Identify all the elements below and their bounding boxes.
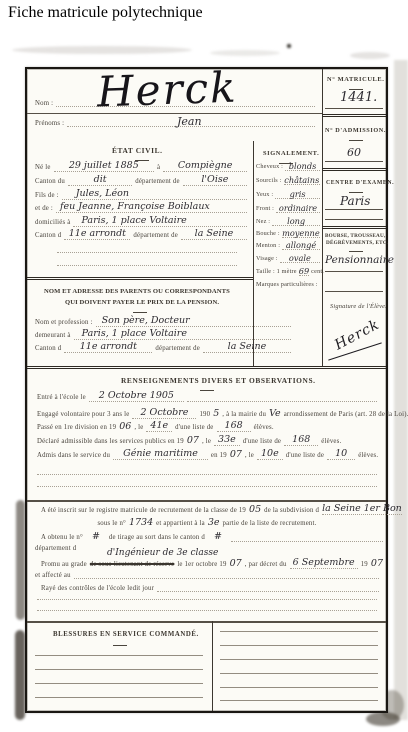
fils-value: Jules, Léon: [62, 189, 247, 200]
blank-line: [37, 486, 377, 487]
sig-value: moyenne: [282, 229, 320, 238]
promu-decret-date: 6 Septembre: [290, 558, 358, 569]
blank-line: [37, 599, 377, 600]
sous-label-3: partie de la liste de recrutement.: [223, 520, 317, 527]
parents-title-1: NOM ET ADRESSE DES PARENTS OU CORRESPOND…: [44, 288, 230, 295]
fils-label: Fils de :: [35, 192, 59, 199]
promu-year: 07: [230, 559, 242, 569]
renseignements-title: RENSEIGNEMENTS DIVERS ET OBSERVATIONS.: [121, 376, 316, 385]
blessures-right-line: [220, 700, 378, 701]
engage-arrondissement: Ve: [269, 409, 281, 419]
profession-value: Son père, Docteur: [96, 316, 291, 327]
recrutement-departement-label: département d: [35, 545, 76, 552]
sig-label: Sourcils :: [256, 178, 282, 185]
rule-fullwidth-double: [27, 366, 386, 369]
nom-handwritten: Herck: [96, 63, 238, 117]
blessures-right-line: [220, 645, 378, 646]
signature-label: Signature de l'Élève.: [330, 303, 387, 310]
ne-label: Né le: [35, 164, 51, 171]
parents-title-2: QUI DOIVENT PAYER LE PRIX DE LA PENSION.: [65, 299, 219, 306]
admissible-row: Déclaré admissible dans les services pub…: [37, 435, 381, 446]
admission-dash: [349, 140, 363, 141]
centre-examen-dash: [349, 192, 363, 193]
scan-noise: [287, 44, 291, 48]
entre-value: 2 Octobre 1905: [89, 391, 184, 402]
demeurant-label: demeurant à: [35, 332, 71, 339]
centre-underline-2: [325, 219, 383, 220]
engage-year: 5: [213, 409, 219, 419]
rule-recrutement: [27, 500, 386, 502]
entre-label: Entré à l'école le: [37, 394, 86, 401]
domicile-row: domiciliés à Paris, 1 place Voltaire: [35, 216, 247, 227]
centre-examen-label: CENTRE D'EXAMEN.: [326, 180, 394, 186]
prenoms-label: Prénoms :: [35, 120, 64, 127]
signalement-row: Nez :long: [256, 217, 320, 226]
signalement-row: Yeux :gris: [256, 190, 320, 199]
sig-label: Taille : 1 mètre: [256, 269, 297, 276]
centre-underline-1: [325, 209, 383, 210]
bourse-underline-2: [325, 291, 383, 292]
fils-row: Fils de : Jules, Léon: [35, 189, 247, 200]
engage-date: 2 Octobre: [132, 408, 196, 419]
passe-rank: 41e: [146, 421, 172, 432]
raye-ruled: [157, 584, 379, 592]
matricule-underline: [325, 108, 383, 109]
passe-total: 168: [217, 421, 251, 432]
admissible-label-1: Déclaré admissible dans les services pub…: [37, 438, 184, 445]
affecte-ruled: [74, 571, 379, 579]
signature-handwritten: Herck: [332, 317, 382, 354]
engage-row: Engagé volontaire pour 3 ans le 2 Octobr…: [37, 408, 381, 419]
page-title: Fiche matricule polytechnique: [8, 4, 203, 22]
blessures-dash: [113, 645, 127, 646]
inscrit-subdivision: la Seine 1er Bon: [322, 504, 402, 515]
prenoms-handwritten: Jean: [177, 116, 202, 127]
engage-label-4: arrondissement de Paris (art. 28 de la L…: [284, 411, 408, 418]
admission-label: N° D'ADMISSION.: [325, 127, 386, 134]
admis-total: 10: [327, 449, 355, 460]
bourse-dash: [349, 251, 363, 252]
sig-value: 69: [299, 267, 309, 276]
signalement-row: Marques particulières :: [256, 282, 320, 289]
raye-row: Rayé des contrôles de l'école ledit jour: [41, 584, 379, 592]
engage-label-1: Engagé volontaire pour 3 ans le: [37, 411, 129, 418]
centre-examen-value: Paris: [340, 195, 370, 207]
demeurant-row: demeurant à Paris, 1 place Voltaire: [35, 329, 291, 340]
promu-label-1: Promu au grade: [41, 561, 87, 568]
sig-value: long: [272, 217, 320, 226]
ne-a-label: à: [157, 164, 160, 171]
rule-left-double: [27, 277, 253, 280]
blessures-left-line: [35, 697, 203, 698]
tirage-label-2: de tirage au sort dans le canton d: [109, 534, 205, 541]
ne-lieu: Compiègne: [163, 161, 247, 172]
ne-row: Né le 29 juillet 1885 à Compiègne: [35, 161, 247, 172]
blank-line: [37, 610, 377, 611]
affecte-label: et affecté au: [35, 572, 71, 579]
profession-label: Nom et profession :: [35, 319, 93, 326]
etat-civil-title: ÉTAT CIVIL.: [112, 146, 163, 155]
prenoms-row: Prénoms :: [35, 119, 315, 127]
sig-value: gris: [275, 190, 320, 199]
tirage-ruled: [231, 534, 383, 542]
sous-label-2: et appartient à la: [156, 520, 205, 527]
engage-label-3: , à la mairie du: [222, 411, 266, 418]
admissible-label-2: , le: [202, 438, 211, 445]
blank-line: [57, 265, 237, 266]
departement2-label: département de: [133, 232, 178, 239]
canton2-value: 11e arrondt: [64, 229, 130, 240]
domicile-value: Paris, 1 place Voltaire: [73, 216, 247, 227]
tirage-null-mark: #: [86, 532, 106, 542]
centre-box-bottom: [322, 226, 386, 229]
canton1-label: Canton du: [35, 178, 65, 185]
departement1-label: département de: [135, 178, 180, 185]
sig-label: Visage :: [256, 256, 278, 263]
sig-suffix: cent.: [311, 269, 324, 276]
scan-noise: [350, 52, 390, 59]
passe-row: Passé en 1re division en 19 06 , le 41e …: [37, 421, 381, 432]
admis-rank: 10e: [257, 449, 283, 460]
signalement-row: Menton :allongé: [256, 241, 320, 250]
page: Fiche matricule polytechnique Nom : Herc…: [0, 0, 408, 732]
parents-departement-label: département de: [155, 345, 200, 352]
signalement-row: Bouche :moyenne: [256, 229, 320, 238]
bourse-underline-1: [325, 271, 383, 272]
blank-line: [37, 474, 377, 475]
canton2-label: Canton d: [35, 232, 61, 239]
sig-value: blonds: [285, 162, 320, 171]
admissible-year: 07: [187, 436, 199, 446]
domicile-label: domiciliés à: [35, 219, 70, 226]
admis-row: Admis dans le service du Génie maritime …: [37, 449, 381, 460]
parents-departement-value: la Seine: [203, 342, 291, 353]
blessures-right-line: [220, 673, 378, 674]
matricule-value: 1441.: [340, 91, 377, 104]
entre-row: Entré à l'école le 2 Octobre 1905: [37, 391, 377, 402]
sig-label: Yeux :: [256, 192, 273, 199]
promu-label-3: , par décret du: [245, 561, 287, 568]
sig-label: Cheveux :: [256, 164, 283, 171]
sig-label: Bouche :: [256, 231, 280, 238]
signalement-row: Taille : 1 mètre69cent.: [256, 267, 320, 276]
inscrit-label-2: de la subdivision d: [264, 507, 319, 514]
inscrit-label-1: A été inscrit sur le registre matricule …: [41, 507, 246, 514]
ne-date: 29 juillet 1885: [54, 161, 155, 172]
admis-label-2: en 19: [211, 452, 227, 459]
raye-label: Rayé des contrôles de l'école ledit jour: [41, 585, 154, 592]
divider-blessures: [212, 621, 213, 711]
admissible-rank: 33e: [214, 435, 240, 446]
scan-noise: [16, 500, 25, 620]
parents-dash: [133, 312, 147, 313]
sig-label: Front :: [256, 206, 274, 213]
affecte-row: et affecté au: [35, 571, 379, 579]
blessures-left-line: [35, 683, 203, 684]
matricule-label: N° MATRICULE.: [327, 76, 384, 83]
scan-noise: [12, 46, 192, 54]
inscrit-row: A été inscrit sur le registre matricule …: [41, 504, 383, 515]
admission-value: 60: [347, 147, 361, 158]
engage-label-2: 190: [199, 411, 210, 418]
parents-canton-value: 11e arrondt: [64, 342, 152, 353]
tirage-row: A obtenu le n° # de tirage au sort dans …: [41, 532, 383, 542]
scan-noise: [394, 60, 408, 720]
departement1-value: l'Oise: [183, 175, 247, 186]
passe-label-4: élèves.: [254, 424, 274, 431]
admission-box-bottom: [322, 168, 386, 171]
promu-label-2: le 1er octobre 19: [177, 561, 226, 568]
promu-decret-year: 07: [371, 559, 383, 569]
bourse-value: Pensionnaire: [325, 255, 394, 266]
sig-label: Marques particulières :: [256, 282, 318, 289]
matricule-box-bottom: [322, 114, 386, 117]
sous-label-1: sous le n°: [97, 520, 126, 527]
departement2-value: la Seine: [181, 229, 247, 240]
admis-year: 07: [230, 450, 242, 460]
passe-label-2: , le: [134, 424, 143, 431]
signalement-row: Sourcils :châtains: [256, 176, 320, 185]
admis-label-1: Admis dans le service du: [37, 452, 110, 459]
sig-value: châtains: [284, 176, 320, 185]
tirage-canton-null-mark: #: [208, 532, 228, 542]
sous-row: sous le n° 1734 et appartient à la 3e pa…: [67, 518, 347, 528]
passe-label-1: Passé en 1re division en 19: [37, 424, 116, 431]
etde-value: feu Jeanne, Françoise Boiblaux: [56, 202, 247, 213]
demeurant-value: Paris, 1 place Voltaire: [74, 329, 291, 340]
sig-label: Nez :: [256, 219, 270, 226]
passe-label-3: d'une liste de: [175, 424, 213, 431]
bourse-label-line2: DÉGRÈVEMENTS, ETC.: [326, 240, 388, 246]
bourse-label-line1: BOURSE, TROUSSEAU,: [325, 233, 385, 239]
admis-service: Génie maritime: [113, 449, 208, 460]
fiche-form: Nom : Herck Prénoms : Jean N° MATRICULE.…: [25, 67, 388, 713]
promu-row: Promu au grade de sous-lieutenant de rés…: [41, 558, 383, 569]
blessures-left-line: [35, 669, 203, 670]
signalement-row: Visage :ovale: [256, 254, 320, 263]
etde-row: et de : feu Jeanne, Françoise Boiblaux: [35, 202, 247, 213]
promu-label-4: 19: [361, 561, 368, 568]
admis-label-5: élèves.: [358, 452, 378, 459]
sous-partie: 3e: [208, 518, 220, 528]
signalement-row: Cheveux :blonds: [256, 162, 320, 171]
rule-blessures-top: [27, 621, 386, 623]
signalement-title: SIGNALEMENT.: [263, 150, 319, 157]
blessures-title: BLESSURES EN SERVICE COMMANDÉ.: [53, 631, 199, 638]
admis-label-3: , le: [245, 452, 254, 459]
admissible-total: 168: [284, 435, 318, 446]
entre-ruled: [187, 394, 377, 402]
blank-line: [57, 252, 237, 253]
scan-noise: [15, 630, 25, 720]
blessures-right-line: [220, 631, 378, 632]
scan-noise: [210, 50, 280, 56]
etde-label: et de :: [35, 205, 53, 212]
canton2-row: Canton d 11e arrondt département de la S…: [35, 229, 247, 240]
admis-label-4: d'une liste de: [286, 452, 324, 459]
admissible-label-4: élèves.: [321, 438, 341, 445]
sig-value: allongé: [282, 241, 320, 250]
sig-value: ovale: [280, 254, 320, 263]
canton1-value: dit: [68, 175, 132, 186]
nom-label: Nom :: [35, 100, 53, 107]
blessures-left-line: [35, 655, 203, 656]
parents-canton-label: Canton d: [35, 345, 61, 352]
sous-numero: 1734: [129, 518, 153, 528]
signalement-row: Front :ordinaire: [256, 204, 320, 213]
admission-underline: [325, 161, 383, 162]
inscrit-classe: 05: [249, 505, 261, 515]
parents-canton-row: Canton d 11e arrondt département de la S…: [35, 342, 291, 353]
promu-struck-grade: de sous-lieutenant de réserve: [90, 561, 175, 568]
blessures-right-line: [220, 659, 378, 660]
admissible-label-3: d'une liste de: [243, 438, 281, 445]
sig-label: Menton :: [256, 243, 280, 250]
tirage-label-1: A obtenu le n°: [41, 534, 83, 541]
profession-row: Nom et profession : Son père, Docteur: [35, 316, 291, 327]
promu-inserted-grade: d'Ingénieur de 3e classe: [107, 549, 218, 558]
blessures-right-line: [220, 687, 378, 688]
passe-year: 06: [119, 422, 131, 432]
sig-value: ordinaire: [276, 204, 320, 213]
canton1-row: Canton du dit département de l'Oise: [35, 175, 247, 186]
